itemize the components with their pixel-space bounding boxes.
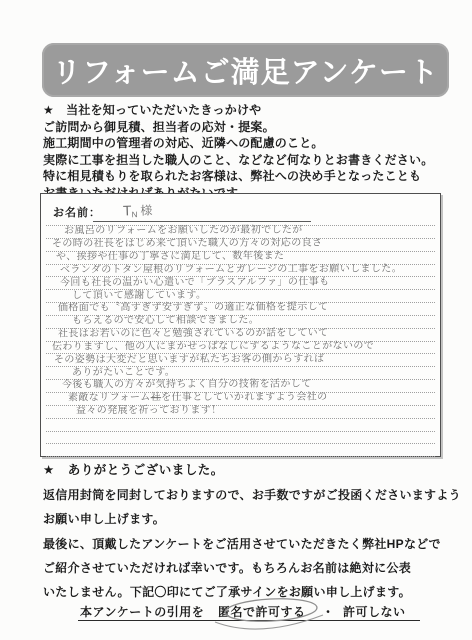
handwritten-text: もらえるので安心して相談できました。 <box>72 315 259 327</box>
name-row: お名前： TN様 <box>53 202 152 220</box>
closing-paragraph: お願い申し上げます。 <box>43 510 165 527</box>
handwritten-line: ベランダのトタン屋根のリフォームとガレージの工事をお願いしました。 <box>46 265 435 278</box>
handwritten-text: 価格面でも〝高すぎず安すぎず〟の適正な価格を提示して <box>58 302 328 314</box>
intro-line: 特に相見積もりを取られたお客様は、弊社への決め手となったことも <box>43 168 453 185</box>
consent-option-deny: 許可しない <box>343 603 406 620</box>
consent-option-allow: 匿名で許可する <box>218 603 306 620</box>
handwritten-text: 伝わりますし、他の人にまかせっぱなしにするようなことがないので <box>52 340 374 352</box>
closing-paragraph: いたしません。下記〇印にてご了承サインをお願い申し上げます。 <box>43 583 411 600</box>
intro-line: ご訪問から御見積、担当者の応対・提案。 <box>43 119 453 136</box>
handwritten-text: 社長はお若いのに色々と勉強されているのが話をしていて <box>58 328 328 340</box>
handwritten-text: や、挨拶や仕事の丁寧さに満足して、数年後また <box>56 251 284 263</box>
empty-ruled-line <box>46 432 435 445</box>
handwritten-text: ありがたいことです。 <box>72 366 175 377</box>
handwritten-text: ベランダのトタン屋根のリフォームとガレージの工事をお願いしました。 <box>60 263 402 275</box>
name-initial: T <box>123 202 132 218</box>
intro-paragraph: ★ 当社を知っていただいたきっかけや ご訪問から御見積、担当者の応対・提案。 施… <box>43 102 453 201</box>
response-box: お名前： TN様 お風呂のリフォームをお願いしたのが最初でしたがその時の社長をは… <box>40 193 441 457</box>
consent-separator: ・ <box>322 603 335 620</box>
closing-paragraph: ご紹介させていただければ幸いです。もちろんお名前は絶対に公表 <box>43 559 411 576</box>
handwritten-text: 素敵なリフォーム <box>68 392 151 403</box>
thanks-line: ★ ありがとうございました。 <box>43 460 224 478</box>
handwritten-line: 益々の発展を祈っております！ <box>46 406 435 419</box>
handwritten-text: を仕事としていかれますよう会社の <box>161 392 327 404</box>
intro-line: 実際に工事を担当した職人のこと、などなど何なりとお書きください。 <box>43 152 453 169</box>
handwritten-text: その時の社長をはじめ来て頂いた職人の方々の対応の良さ <box>52 238 322 250</box>
handwritten-line: その姿勢は大変だと思いますが私たちお客の側からすれば <box>46 354 435 367</box>
handwritten-text: 益々の発展を祈っております！ <box>76 405 222 417</box>
handwritten-line: もらえるので安心して相談できました。 <box>46 316 435 329</box>
handwritten-text: その姿勢は大変だと思いますが私たちお客の側からすれば <box>54 353 324 365</box>
name-label: お名前： <box>53 204 101 220</box>
handwriting-area: お風呂のリフォームをお願いしたのが最初でしたがその時の社長をはじめ来て頂いた職人… <box>46 225 435 457</box>
handwritten-text: して頂いて感謝しています。 <box>72 289 206 300</box>
handwritten-line: 今回も社長の温かい心遣いで「プラスアルファ」の仕事も <box>46 277 435 290</box>
empty-ruled-line <box>46 444 435 457</box>
handwritten-line: 社長はお若いのに色々と勉強されているのが話をしていて <box>46 329 435 342</box>
empty-ruled-line <box>46 419 435 432</box>
closing-paragraph: 返信用封筒を同封しておりますので、お手数ですがご投函くださいますよう <box>43 486 461 503</box>
page-title: リフォームご満足アンケート <box>52 50 439 91</box>
handwritten-line: その時の社長をはじめ来て頂いた職人の方々の対応の良さ <box>46 239 435 252</box>
handwritten-struck-text: 社 <box>151 392 161 403</box>
title-banner: リフォームご満足アンケート <box>42 43 449 97</box>
handwritten-text: お風呂のリフォームをお願いしたのが最初でしたが <box>64 225 303 237</box>
name-underline <box>93 221 311 222</box>
closing-paragraph: 最後に、頂戴したアンケートをご活用させていただきたく弊社HPなどで <box>43 535 441 552</box>
name-initial-sub: N <box>132 210 138 219</box>
consent-underline <box>78 620 420 621</box>
survey-sheet: リフォームご満足アンケート ★ 当社を知っていただいたきっかけや ご訪問から御見… <box>0 0 472 640</box>
handwritten-line: 伝わりますし、他の人にまかせっぱなしにするようなことがないので <box>46 342 435 355</box>
consent-lead: 本アンケートの引用を <box>80 603 204 620</box>
intro-line: ★ 当社を知っていただいたきっかけや <box>43 102 453 119</box>
handwritten-line: 素敵なリフォーム社を仕事としていかれますよう会社の <box>46 393 435 406</box>
handwritten-text: 今後も職人の方々が気持ちよく自分の技術を活かして <box>62 379 312 391</box>
intro-line: 施工期間中の管理者の対応、近隣への配慮のこと。 <box>43 135 453 152</box>
name-honorific: 様 <box>140 203 152 217</box>
handwritten-text: 今回も社長の温かい心遣いで「プラスアルファ」の仕事も <box>60 276 330 288</box>
customer-name-handwritten: TN様 <box>123 201 153 220</box>
